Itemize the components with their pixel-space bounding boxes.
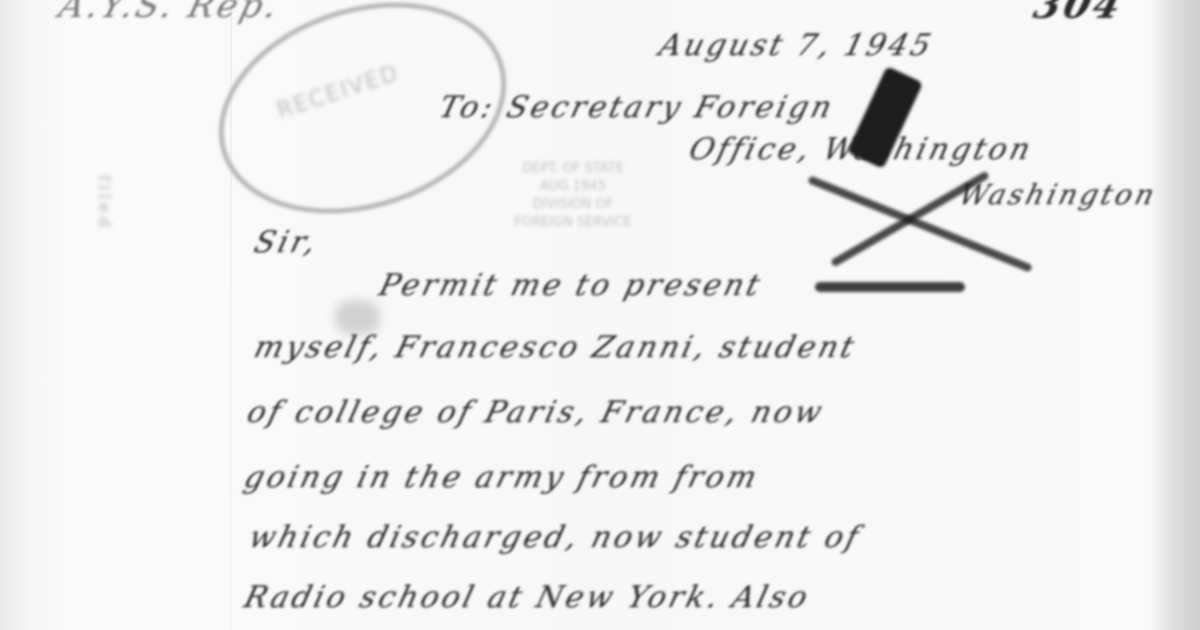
body-line-3: of college of Paris, France, now [244, 395, 829, 430]
body-line-6: Radio school at New York. Also [241, 580, 814, 615]
body-line-5: which discharged, now student of [246, 520, 865, 555]
body-line-2: myself, Francesco Zanni, student [251, 330, 861, 365]
cross-out-stroke [830, 171, 990, 268]
rect-stamp-line: DIVISION OF [478, 196, 668, 214]
cross-out-stroke [815, 282, 965, 292]
document-page: A.Y.S. Rep. 304 RECEIVED DEPT. OF STATE … [0, 0, 1200, 630]
body-line-4: going in the army from from [241, 460, 763, 495]
rect-stamp-line: FOREIGN SERVICE [478, 214, 668, 232]
recipient-line-3: Washington [956, 178, 1161, 211]
rect-stamp: DEPT. OF STATE AUG 1945 DIVISION OF FORE… [478, 160, 668, 250]
margin-note: filed [95, 175, 114, 231]
recipient-line-1: To: Secretary Foreign [436, 90, 839, 125]
body-line-1: Permit me to present [376, 268, 767, 303]
rect-stamp-line: DEPT. OF STATE [478, 160, 668, 178]
salutation: Sir, [251, 225, 322, 260]
letter-date: August 7, 1945 [656, 28, 938, 63]
header-left: A.Y.S. Rep. [55, 0, 284, 26]
rect-stamp-line: AUG 1945 [478, 178, 668, 196]
page-number: 304 [1029, 0, 1129, 27]
